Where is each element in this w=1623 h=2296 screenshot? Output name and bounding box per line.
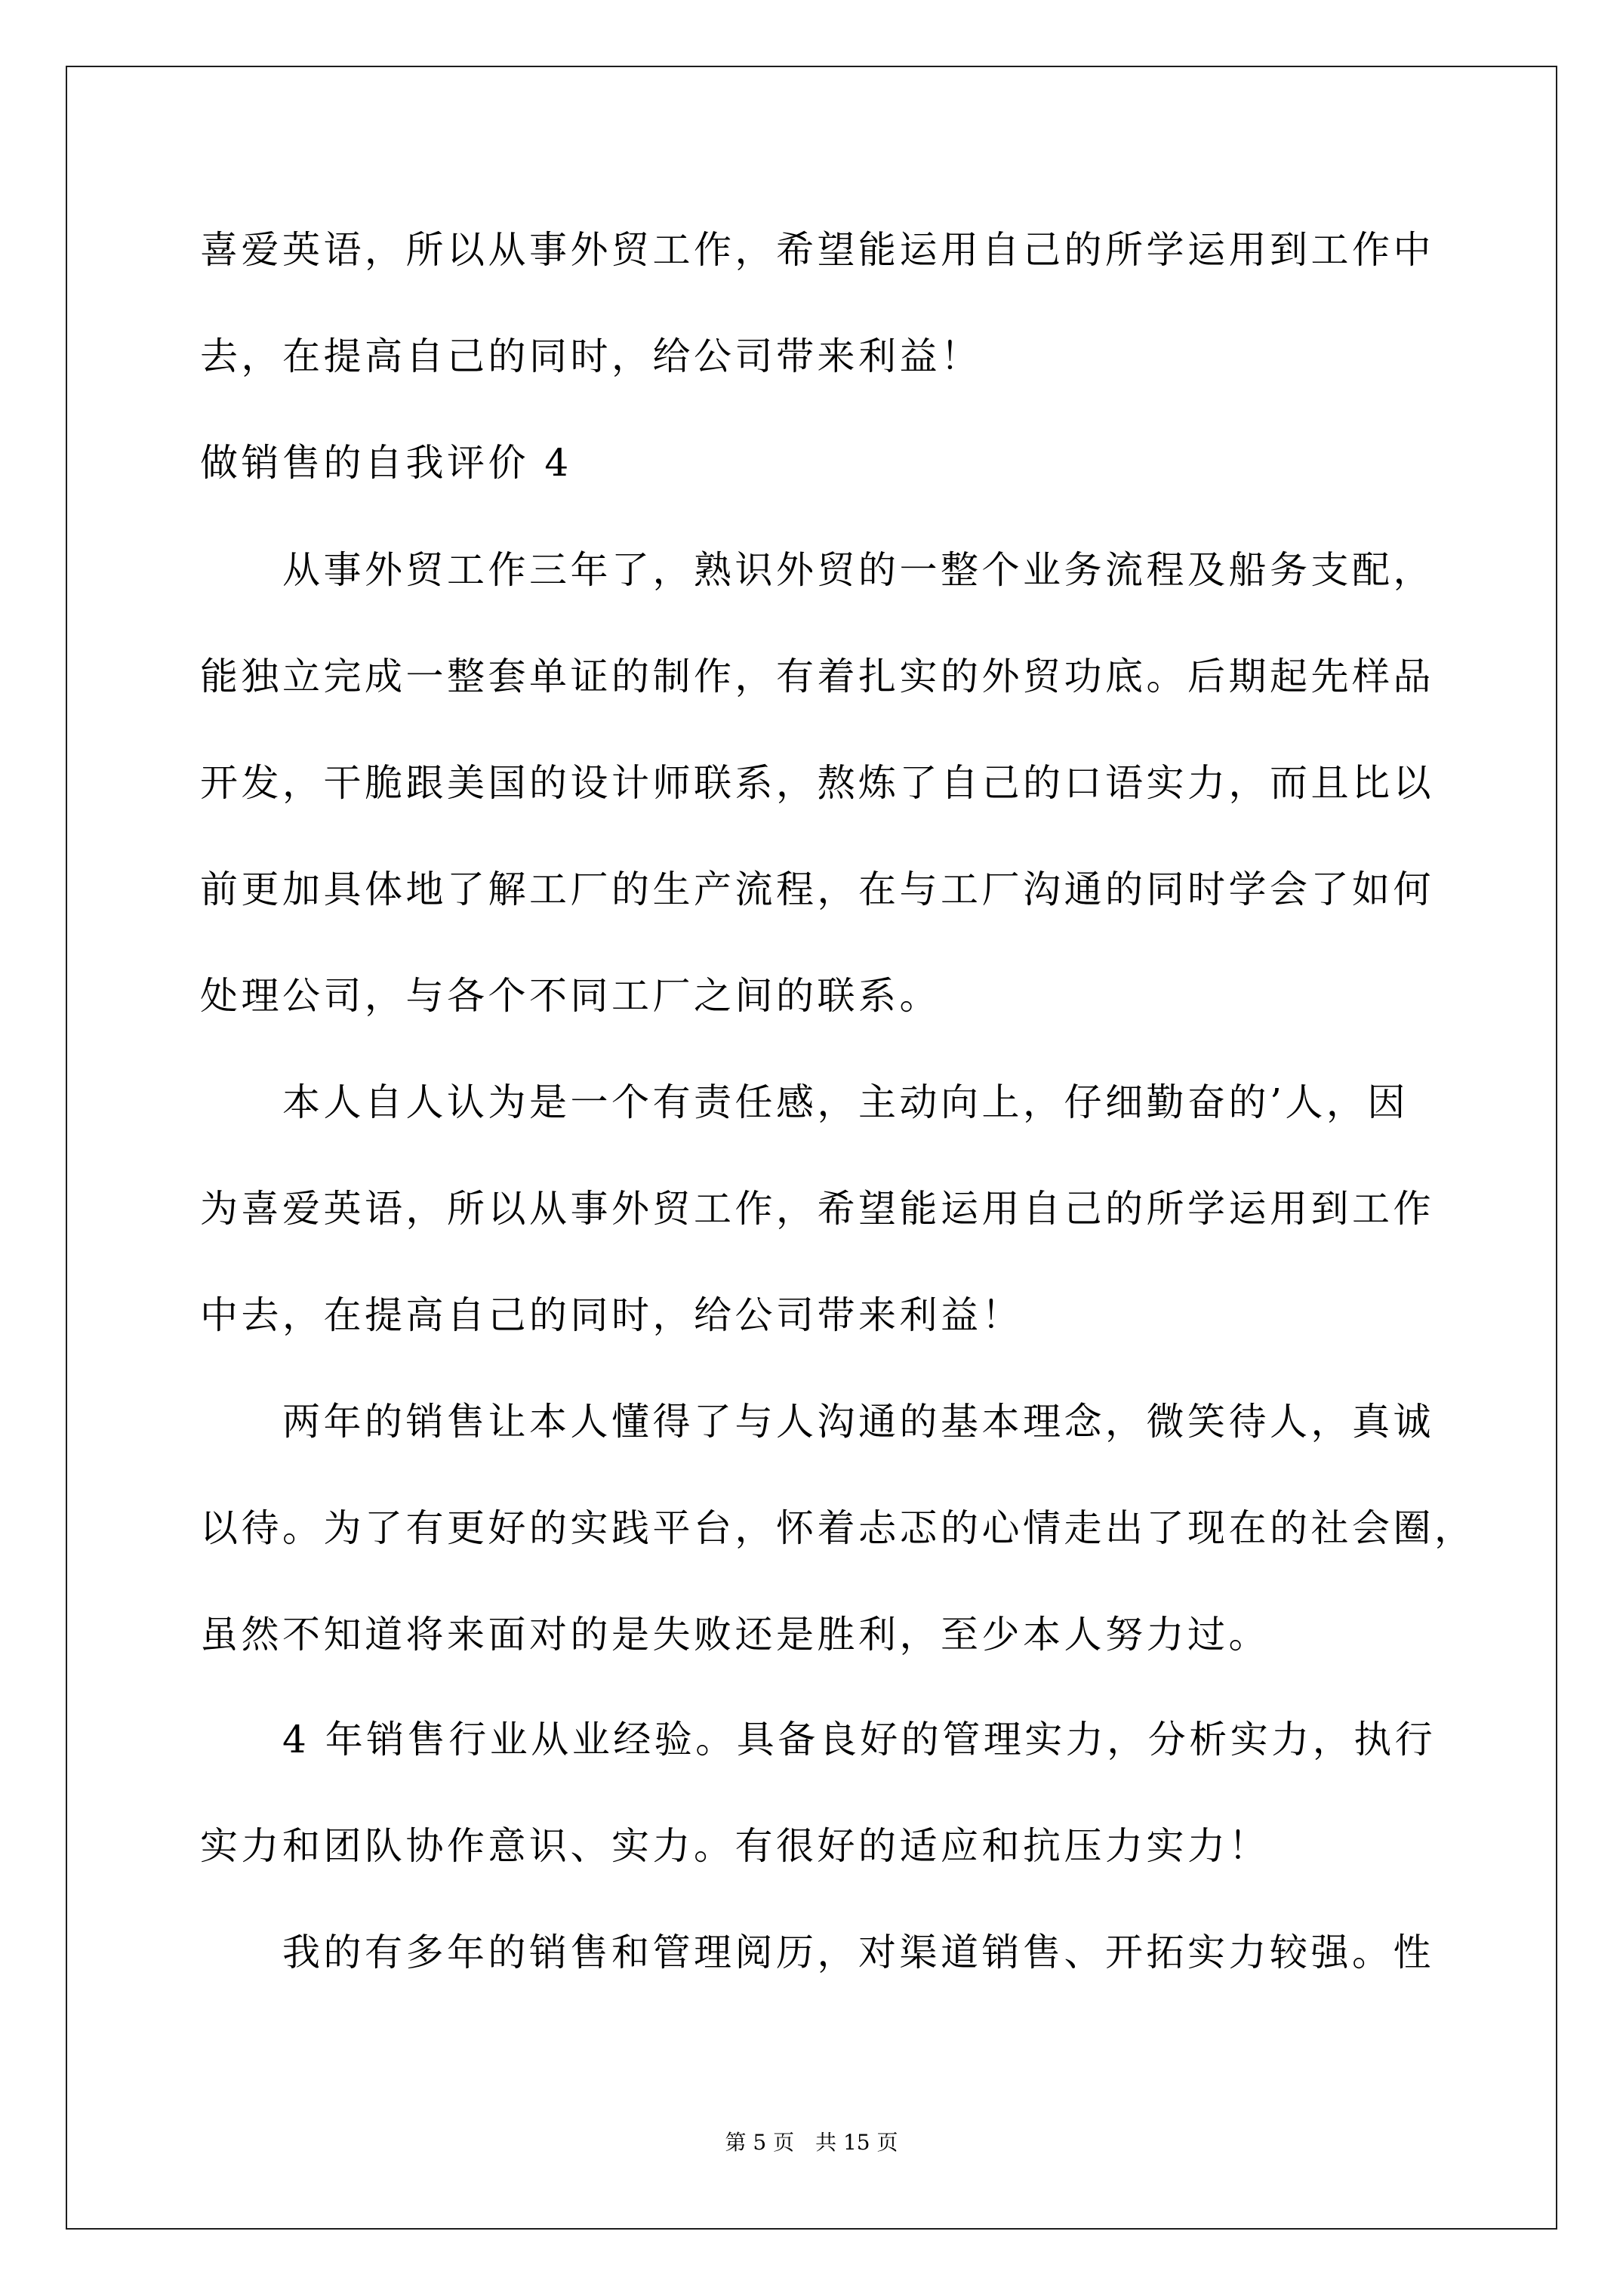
- page-number-footer: 第 5 页 共 15 页: [0, 2128, 1623, 2158]
- paragraph-first-line: 两年的销售让本人懂得了与人沟通的基本理念，微笑待人，真诚: [282, 1401, 1434, 1443]
- text-line: 以待。为了有更好的实践平台，怀着忐忑的心情走出了现在的社会圈，: [200, 1507, 1476, 1549]
- paragraph-first-line: 本人自人认为是一个有责任感，主动向上，仔细勤奋的’人，因: [282, 1081, 1409, 1123]
- text-line: 开发，干脆跟美国的设计师联系，熬炼了自己的口语实力，而且比以: [200, 762, 1434, 804]
- paragraph-first-line: 4 年销售行业从业经验。具备良好的管理实力，分析实力，执行: [282, 1718, 1436, 1761]
- paragraph-first-line: 我的有多年的销售和管理阅历，对渠道销售、开拓实力较强。性: [282, 1931, 1434, 1974]
- text-line: 实力和团队协作意识、实力。有很好的适应和抗压力实力！: [200, 1825, 1270, 1867]
- text-line: 虽然不知道将来面对的是失败还是胜利，至少本人努力过。: [200, 1613, 1270, 1656]
- document-body: 喜爱英语，所以从事外贸工作，希望能运用自己的所学运用到工作中 去，在提高自己的同…: [0, 0, 1623, 2296]
- text-line: 处理公司，与各个不同工厂之间的联系。: [200, 975, 941, 1017]
- text-line: 中去，在提高自己的同时，给公司带来利益！: [200, 1294, 1023, 1336]
- text-line: 喜爱英语，所以从事外贸工作，希望能运用自己的所学运用到工作中: [200, 229, 1434, 271]
- text-line: 去，在提高自己的同时，给公司带来利益！: [200, 335, 982, 378]
- paragraph-first-line: 从事外贸工作三年了，熟识外贸的一整个业务流程及船务支配，: [282, 549, 1434, 591]
- section-heading: 做销售的自我评价 4: [200, 442, 572, 484]
- text-line: 为喜爱英语，所以从事外贸工作，希望能运用自己的所学运用到工作: [200, 1188, 1434, 1230]
- text-line: 能独立完成一整套单证的制作，有着扎实的外贸功底。后期起先样品: [200, 655, 1434, 698]
- text-line: 前更加具体地了解工厂的生产流程，在与工厂沟通的同时学会了如何: [200, 868, 1434, 911]
